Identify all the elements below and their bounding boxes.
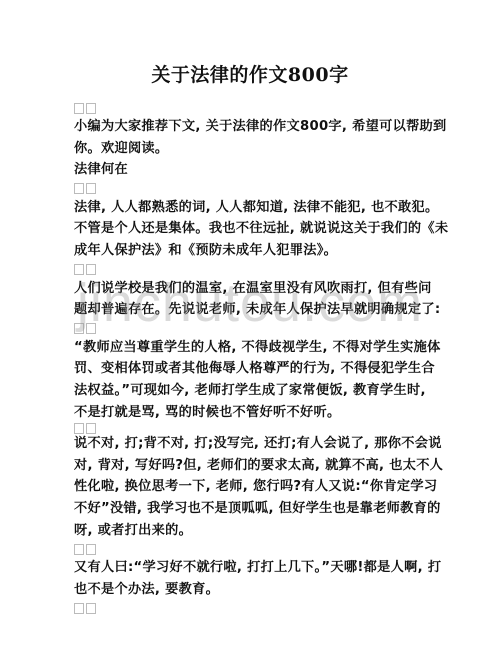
text-line: 对, 背对, 写好吗?但, 老师们的要求太高, 就算不高, 也太不人 [74,455,434,477]
text-line: 题却普遍存在。先说说老师, 未成年人保护法早就明确规定了: [74,299,434,321]
text-line: “教师应当尊重学生的人格, 不得歧视学生, 不得对学生实施体 [74,337,434,359]
text-line: 性化啦, 换位思考一下, 老师, 您行吗?有人又说:“你肯定学习 [74,476,434,498]
text-line: 呀, 或者打出来的。 [74,520,434,542]
missing-glyph-placeholder [74,262,434,278]
text-line: 成年人保护法》和《预防未成年人犯罪法》。 [74,240,434,262]
missing-glyph-placeholder [74,321,434,337]
text-line: 说不对, 打;背不对, 打;没写完, 还打;有人会说了, 那你不会说 [74,433,434,455]
document-body: 小编为大家推荐下文, 关于法律的作文800字, 希望可以帮助到 你。欢迎阅读。 … [74,100,434,616]
text-line: 你。欢迎阅读。 [74,138,434,160]
section-heading: 法律何在 [74,159,434,181]
missing-glyph-placeholder [74,181,434,197]
paragraph-intro: 小编为大家推荐下文, 关于法律的作文800字, 希望可以帮助到 你。欢迎阅读。 [74,116,434,159]
document-title: 关于法律的作文800字 [0,60,500,87]
missing-glyph-placeholder [74,100,434,116]
text-line: 不管是个人还是集体。我也不往远扯, 就说说这关于我们的《未 [74,218,434,240]
text-line: 不是打就是骂, 骂的时候也不管好听不好听。 [74,402,434,424]
text-line: 不好”没错, 我学习也不是顶呱呱, 但好学生也是靠老师教育的 [74,498,434,520]
text-line: 小编为大家推荐下文, 关于法律的作文800字, 希望可以帮助到 [74,116,434,138]
paragraph-5: 又有人曰:“学习好不就行啦, 打打上几下。”天哪!都是人啊, 打 也不是个办法,… [74,557,434,600]
paragraph-2: 人们说学校是我们的温室, 在温室里没有风吹雨打, 但有些问 题却普遍存在。先说说… [74,278,434,321]
text-line: 也不是个办法, 要教育。 [74,579,434,601]
paragraph-4: 说不对, 打;背不对, 打;没写完, 还打;有人会说了, 那你不会说 对, 背对… [74,433,434,541]
missing-glyph-placeholder [74,600,434,616]
missing-glyph-placeholder [74,541,434,557]
text-line: 法权益。”可现如今, 老师打学生成了家常便饭, 教育学生时, [74,380,434,402]
text-line: 罚、变相体罚或者其他侮辱人格尊严的行为, 不得侵犯学生合 [74,358,434,380]
text-line: 法律, 人人都熟悉的词, 人人都知道, 法律不能犯, 也不敢犯。 [74,197,434,219]
paragraph-1: 法律, 人人都熟悉的词, 人人都知道, 法律不能犯, 也不敢犯。 不管是个人还是… [74,197,434,262]
text-line: 又有人曰:“学习好不就行啦, 打打上几下。”天哪!都是人啊, 打 [74,557,434,579]
missing-glyph-placeholder [74,423,434,433]
text-line: 人们说学校是我们的温室, 在温室里没有风吹雨打, 但有些问 [74,278,434,300]
paragraph-3: “教师应当尊重学生的人格, 不得歧视学生, 不得对学生实施体 罚、变相体罚或者其… [74,337,434,423]
